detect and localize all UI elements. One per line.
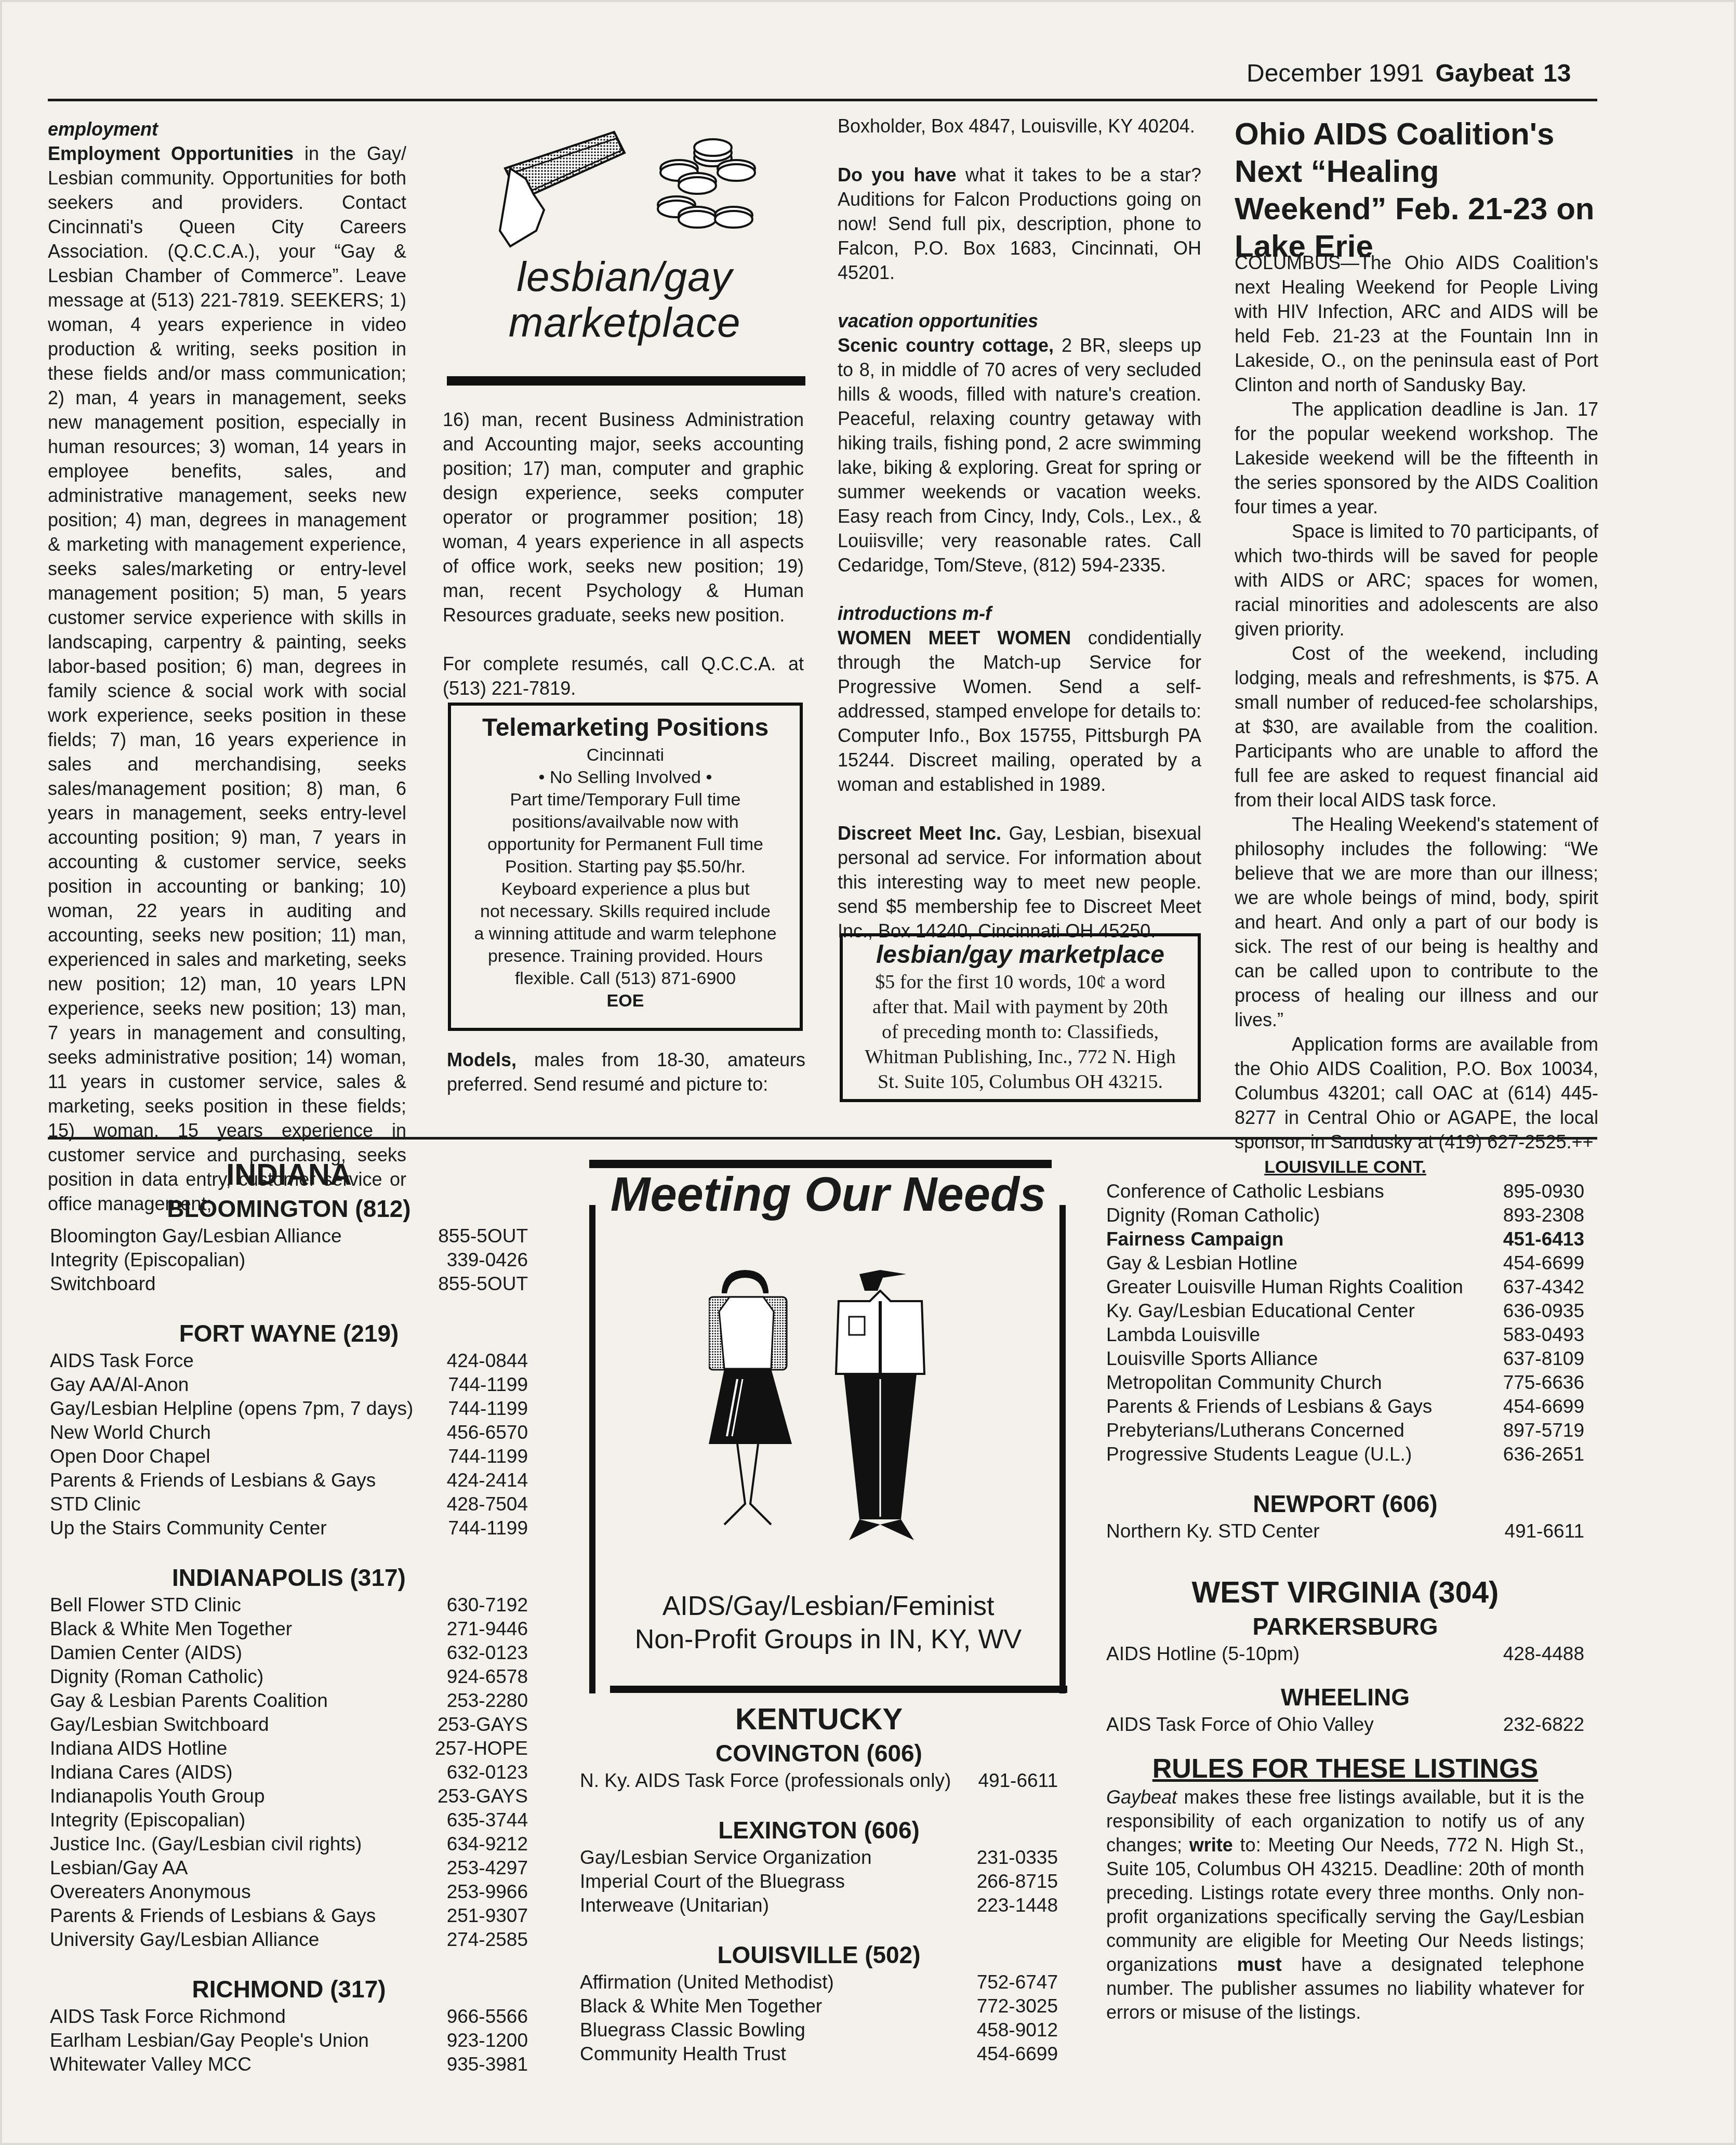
rates-line: Whitman Publishing, Inc., 772 N. High bbox=[843, 1044, 1198, 1069]
listing-row: Gay/Lesbian Service Organization231-0335 bbox=[580, 1846, 1058, 1870]
telemarketing-line: presence. Training provided. Hours bbox=[451, 945, 800, 968]
models-ad: Models, males from 18-30, amateurs prefe… bbox=[447, 1048, 805, 1096]
listing-row: Community Health Trust454-6699 bbox=[580, 2042, 1058, 2066]
city-heading: BLOOMINGTON (812) bbox=[50, 1193, 528, 1224]
section-heading-employment: employment bbox=[48, 117, 406, 141]
listing-row: Integrity (Episcopalian)339-0426 bbox=[50, 1248, 528, 1272]
state-heading: WEST VIRGINIA (304) bbox=[1106, 1574, 1584, 1611]
telemarketing-line: • No Selling Involved • bbox=[451, 766, 800, 789]
state-heading: KENTUCKY bbox=[580, 1701, 1058, 1738]
listing-row: Affirmation (United Methodist)752-6747 bbox=[580, 1970, 1058, 1994]
city-heading: INDIANAPOLIS (317) bbox=[50, 1562, 528, 1593]
banner-title: Meeting Our Needs bbox=[600, 1166, 1057, 1223]
listing-row: Bluegrass Classic Bowling458-9012 bbox=[580, 2018, 1058, 2042]
listing-row: Up the Stairs Community Center744-1199 bbox=[50, 1516, 528, 1540]
telemarketing-title: Telemarketing Positions bbox=[451, 712, 800, 744]
listing-row: Black & White Men Together772-3025 bbox=[580, 1994, 1058, 2018]
listing-row: Prebyterians/Lutherans Concerned897-5719 bbox=[1106, 1419, 1584, 1442]
banner-subtitle-line: Non-Profit Groups in IN, KY, WV bbox=[600, 1623, 1057, 1656]
listing-row: Gay AA/Al-Anon744-1199 bbox=[50, 1373, 528, 1397]
listing-row: Ky. Gay/Lesbian Educational Center636-09… bbox=[1106, 1299, 1584, 1323]
telemarketing-line: positions/availvable now with bbox=[451, 811, 800, 833]
listing-row: Lambda Louisville583-0493 bbox=[1106, 1323, 1584, 1347]
boxholder-address: Boxholder, Box 4847, Louisville, KY 4020… bbox=[838, 114, 1201, 138]
city-heading: WHEELING bbox=[1106, 1681, 1584, 1713]
listing-row: Indianapolis Youth Group253-GAYS bbox=[50, 1784, 528, 1808]
telemarketing-line: a winning attitude and warm telephone bbox=[451, 923, 800, 945]
city-heading: PARKERSBURG bbox=[1106, 1611, 1584, 1642]
rates-line: $5 for the first 10 words, 10¢ a word bbox=[843, 970, 1198, 995]
page-header: December 1991Gaybeat13 bbox=[1247, 59, 1571, 88]
listing-row: AIDS Hotline (5-10pm)428-4488 bbox=[1106, 1642, 1584, 1666]
article-headline: Ohio AIDS Coalition's Next “Healing Week… bbox=[1235, 115, 1598, 265]
employment-ad: Employment Opportunities in the Gay/ Les… bbox=[48, 141, 406, 1216]
article-paragraph: COLUMBUS—The Ohio AIDS Coalition's next … bbox=[1235, 250, 1598, 397]
section-divider bbox=[48, 1137, 1597, 1140]
classifieds-column: Boxholder, Box 4847, Louisville, KY 4020… bbox=[838, 114, 1201, 943]
city-heading: LEXINGTON (606) bbox=[580, 1815, 1058, 1846]
listing-row: AIDS Task Force424-0844 bbox=[50, 1349, 528, 1373]
listing-row: Whitewater Valley MCC935-3981 bbox=[50, 2053, 528, 2076]
listing-row-highlighted: Fairness Campaign451-6413 bbox=[1106, 1227, 1584, 1251]
section-heading-vacation: vacation opportunities bbox=[838, 309, 1201, 333]
telemarketing-line: Keyboard experience a plus but bbox=[451, 878, 800, 901]
listing-row: Northern Ky. STD Center491-6611 bbox=[1106, 1519, 1584, 1543]
article-paragraph: Cost of the weekend, including lodging, … bbox=[1235, 641, 1598, 812]
listing-row: Imperial Court of the Bluegrass266-8715 bbox=[580, 1870, 1058, 1894]
header-rule bbox=[48, 99, 1597, 101]
kentucky-listings: KENTUCKY COVINGTON (606) N. Ky. AIDS Tas… bbox=[580, 1701, 1058, 2066]
banner-subtitle: AIDS/Gay/Lesbian/Feminist Non-Profit Gro… bbox=[600, 1590, 1057, 1656]
newspaper-page: December 1991Gaybeat13 employment Employ… bbox=[0, 0, 1736, 2145]
woman-and-man-figures-icon bbox=[709, 1270, 937, 1582]
city-heading: RICHMOND (317) bbox=[50, 1974, 528, 2005]
listing-row: Bloomington Gay/Lesbian Alliance855-5OUT bbox=[50, 1224, 528, 1248]
rates-line: after that. Mail with payment by 20th bbox=[843, 995, 1198, 1019]
money-hand-coins-icon bbox=[443, 116, 806, 251]
telemarketing-line: Cincinnati bbox=[451, 744, 800, 766]
listing-row: Lesbian/Gay AA253-4297 bbox=[50, 1856, 528, 1880]
listing-row: AIDS Task Force Richmond966-5566 bbox=[50, 2005, 528, 2029]
rules-text: Gaybeat makes these free listings availa… bbox=[1106, 1785, 1584, 2024]
women-meet-women-ad: WOMEN MEET WOMEN condidentially through … bbox=[838, 626, 1201, 797]
listing-row: Justice Inc. (Gay/Lesbian civil rights)6… bbox=[50, 1832, 528, 1856]
marketplace-title: lesbian/gay marketplace bbox=[443, 254, 806, 346]
city-heading: LOUISVILLE (502) bbox=[580, 1939, 1058, 1970]
rules-heading: RULES FOR THESE LISTINGS bbox=[1106, 1752, 1584, 1785]
listing-row: Indiana AIDS Hotline257-HOPE bbox=[50, 1737, 528, 1760]
listing-row: Gay & Lesbian Parents Coalition253-2280 bbox=[50, 1689, 528, 1713]
listing-row: Conference of Catholic Lesbians895-0930 bbox=[1106, 1180, 1584, 1203]
listing-row: Greater Louisville Human Rights Coalitio… bbox=[1106, 1275, 1584, 1299]
resumes-note: For complete resumés, call Q.C.C.A. at (… bbox=[443, 652, 804, 700]
telemarketing-line: opportunity for Permanent Full time bbox=[451, 833, 800, 856]
marketplace-logo: lesbian/gay marketplace bbox=[443, 116, 806, 387]
state-heading: INDIANA bbox=[50, 1157, 528, 1193]
telemarketing-line: flexible. Call (513) 871-6900 bbox=[451, 968, 800, 990]
listing-row: N. Ky. AIDS Task Force (professionals on… bbox=[580, 1769, 1058, 1793]
listing-row: Progressive Students League (U.L.)636-26… bbox=[1106, 1442, 1584, 1466]
telemarketing-ad-box: Telemarketing Positions Cincinnati • No … bbox=[448, 703, 803, 1031]
meeting-our-needs-banner: Meeting Our Needs bbox=[579, 1145, 1067, 1696]
marketplace-rule bbox=[447, 376, 805, 386]
listing-row: Bell Flower STD Clinic630-7192 bbox=[50, 1593, 528, 1617]
listing-row: Dignity (Roman Catholic)893-2308 bbox=[1106, 1203, 1584, 1227]
rates-line: of preceding month to: Classifieds, bbox=[843, 1019, 1198, 1044]
publication-name: Gaybeat bbox=[1436, 60, 1534, 87]
telemarketing-eoe: EOE bbox=[451, 990, 800, 1012]
telemarketing-line: Part time/Temporary Full time bbox=[451, 789, 800, 811]
listing-row: Open Door Chapel744-1199 bbox=[50, 1445, 528, 1468]
listing-row: Interweave (Unitarian)223-1448 bbox=[580, 1894, 1058, 1917]
listing-row: Gay/Lesbian Switchboard253-GAYS bbox=[50, 1713, 528, 1737]
banner-subtitle-line: AIDS/Gay/Lesbian/Feminist bbox=[600, 1590, 1057, 1623]
listing-row: University Gay/Lesbian Alliance274-2585 bbox=[50, 1928, 528, 1952]
listing-row: Damien Center (AIDS)632-0123 bbox=[50, 1641, 528, 1665]
banner-bottom-rule bbox=[610, 1686, 1067, 1693]
marketplace-rates-box: lesbian/gay marketplace $5 for the first… bbox=[840, 933, 1201, 1102]
marketplace-rates-title: lesbian/gay marketplace bbox=[843, 941, 1198, 970]
page-number: 13 bbox=[1543, 60, 1571, 87]
article-paragraph: Application forms are available from the… bbox=[1235, 1032, 1598, 1154]
indiana-listings: INDIANA BLOOMINGTON (812) Bloomington Ga… bbox=[50, 1157, 528, 2076]
listing-row: Parents & Friends of Lesbians & Gays454-… bbox=[1106, 1395, 1584, 1419]
article-paragraph: Space is limited to 70 participants, of … bbox=[1235, 519, 1598, 641]
article-paragraph: The application deadline is Jan. 17 for … bbox=[1235, 397, 1598, 519]
employment-column: employment Employment Opportunities in t… bbox=[48, 117, 406, 1216]
city-heading: NEWPORT (606) bbox=[1106, 1488, 1584, 1519]
listing-row: Indiana Cares (AIDS)632-0123 bbox=[50, 1760, 528, 1784]
employment-continued: 16) man, recent Business Administration … bbox=[443, 407, 804, 700]
listing-row: Metropolitan Community Church775-6636 bbox=[1106, 1371, 1584, 1395]
listing-row: AIDS Task Force of Ohio Valley232-6822 bbox=[1106, 1713, 1584, 1737]
telemarketing-line: Position. Starting pay $5.50/hr. bbox=[451, 856, 800, 878]
seekers-continued: 16) man, recent Business Administration … bbox=[443, 407, 804, 627]
section-heading-introductions: introductions m-f bbox=[838, 602, 1201, 626]
article-body: COLUMBUS—The Ohio AIDS Coalition's next … bbox=[1235, 250, 1598, 1154]
discreet-meet-ad: Discreet Meet Inc. Gay, Lesbian, bisexua… bbox=[838, 821, 1201, 943]
listing-row: Black & White Men Together271-9446 bbox=[50, 1617, 528, 1641]
listing-row: Parents & Friends of Lesbians & Gays251-… bbox=[50, 1904, 528, 1928]
banner-left-rule bbox=[589, 1205, 595, 1693]
louisville-cont-and-wv-listings: LOUISVILLE CONT. Conference of Catholic … bbox=[1106, 1155, 1584, 2024]
listing-row: Switchboard855-5OUT bbox=[50, 1272, 528, 1296]
listing-row: Parents & Friends of Lesbians & Gays424-… bbox=[50, 1468, 528, 1492]
city-heading: COVINGTON (606) bbox=[580, 1738, 1058, 1769]
article-paragraph: The Healing Weekend's statement of philo… bbox=[1235, 812, 1598, 1032]
city-heading: LOUISVILLE CONT. bbox=[1106, 1155, 1584, 1180]
listing-row: Louisville Sports Alliance637-8109 bbox=[1106, 1347, 1584, 1371]
listing-row: Gay/Lesbian Helpline (opens 7pm, 7 days)… bbox=[50, 1397, 528, 1421]
listing-row: STD Clinic428-7504 bbox=[50, 1492, 528, 1516]
banner-right-rule bbox=[1059, 1205, 1066, 1693]
listing-row: New World Church456-6570 bbox=[50, 1421, 528, 1445]
listing-row: Overeaters Anonymous253-9966 bbox=[50, 1880, 528, 1904]
issue-date: December 1991 bbox=[1247, 60, 1424, 87]
listing-row: Earlham Lesbian/Gay People's Union923-12… bbox=[50, 2029, 528, 2053]
listing-row: Gay & Lesbian Hotline454-6699 bbox=[1106, 1251, 1584, 1275]
falcon-ad: Do you have what it takes to be a star? … bbox=[838, 163, 1201, 285]
city-heading: FORT WAYNE (219) bbox=[50, 1318, 528, 1349]
listing-row: Integrity (Episcopalian)635-3744 bbox=[50, 1808, 528, 1832]
rates-line: St. Suite 105, Columbus OH 43215. bbox=[843, 1069, 1198, 1094]
cottage-ad: Scenic country cottage, 2 BR, sleeps up … bbox=[838, 333, 1201, 577]
telemarketing-line: not necessary. Skills required include bbox=[451, 901, 800, 923]
listing-row: Dignity (Roman Catholic)924-6578 bbox=[50, 1665, 528, 1689]
